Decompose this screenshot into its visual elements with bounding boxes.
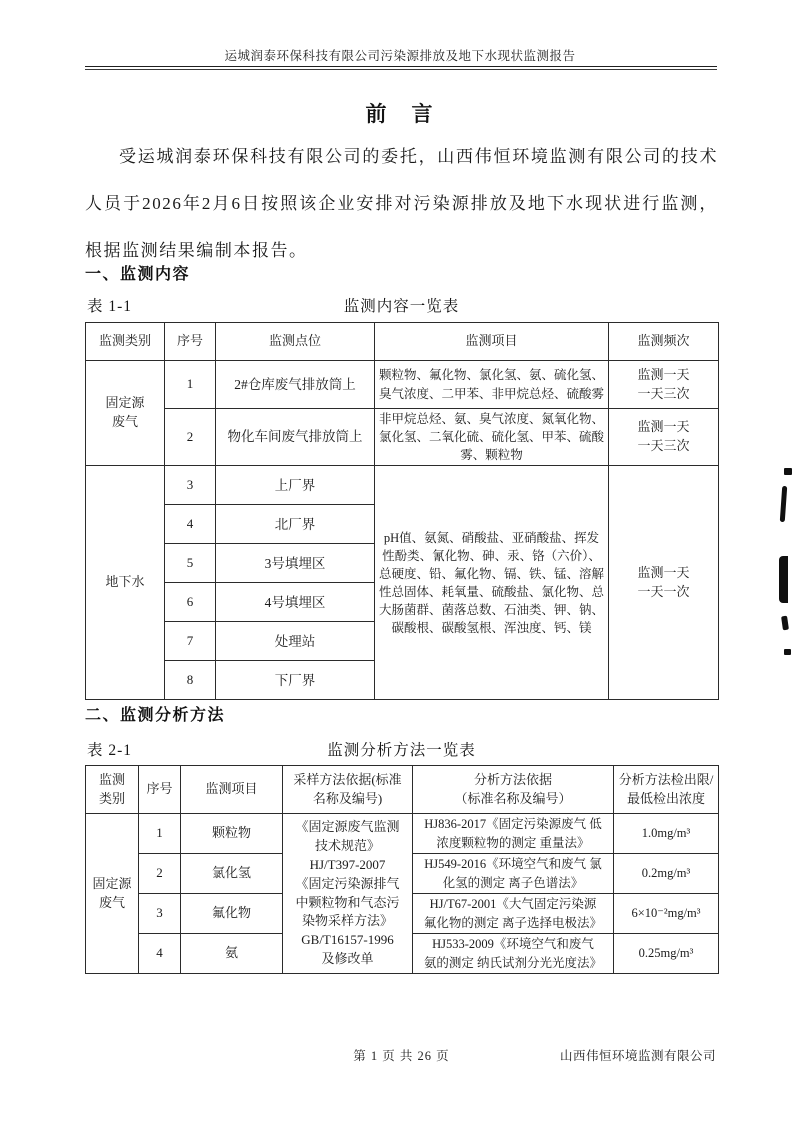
scan-artifact-mark <box>780 486 787 522</box>
table-header-row: 监测类别 序号 监测点位 监测项目 监测频次 <box>86 323 719 361</box>
table2-label: 表 2-1 <box>87 738 132 760</box>
column-header: 序号 <box>165 323 216 361</box>
table-row: 固定源 废气 1 2#仓库废气排放筒上 颗粒物、氟化物、氯化氢、氨、硫化氢、臭气… <box>86 361 719 409</box>
running-header-title: 运城润泰环保科技有限公司污染源排放及地下水现状监测报告 <box>0 46 800 64</box>
column-header: 监测 类别 <box>86 766 139 814</box>
t1-row-point: 物化车间废气排放筒上 <box>216 409 375 466</box>
column-header: 监测项目 <box>181 766 283 814</box>
t1-row-no: 5 <box>165 544 216 583</box>
t2-row-method: HJ/T67-2001《大气固定污染源 氟化物的测定 离子选择电极法》 <box>413 894 614 934</box>
scan-artifact-mark <box>784 649 791 655</box>
t2-category: 固定源 废气 <box>86 814 139 974</box>
t1-row-point: 下厂界 <box>216 661 375 700</box>
column-header: 分析方法依据 （标准名称及编号） <box>413 766 614 814</box>
scan-artifact-mark <box>779 556 788 603</box>
t2-row-method: HJ549-2016《环境空气和废气 氯 化氢的测定 离子色谱法》 <box>413 854 614 894</box>
column-header: 监测类别 <box>86 323 165 361</box>
table1-title: 监测内容一览表 <box>85 294 718 316</box>
table-row: 固定源 废气 1 颗粒物 《固定源废气监测 技术规范》 HJ/T397-2007… <box>86 814 719 854</box>
t1-row-no: 4 <box>165 505 216 544</box>
column-header: 分析方法检出限/最低检出浓度 <box>614 766 719 814</box>
t2-row-no: 2 <box>139 854 181 894</box>
footer-company-name: 山西伟恒环境监测有限公司 <box>560 1046 716 1064</box>
t1-water-category: 地下水 <box>86 466 165 700</box>
preface-line: 受运城润泰环保科技有限公司的委托，山西伟恒环境监测有限公司的技术 <box>85 133 718 180</box>
table1-label: 表 1-1 <box>87 294 132 316</box>
column-header: 监测频次 <box>609 323 719 361</box>
t1-row-no: 7 <box>165 622 216 661</box>
t1-row-items: 非甲烷总烃、氨、臭气浓度、氮氧化物、氯化氢、二氧化硫、硫化氢、甲苯、硫酸雾、颗粒… <box>375 409 609 466</box>
t1-row-point: 4号填埋区 <box>216 583 375 622</box>
t2-row-item: 氯化氢 <box>181 854 283 894</box>
t2-row-no: 1 <box>139 814 181 854</box>
table2-caption: 表 2-1 监测分析方法一览表 <box>85 738 718 760</box>
t2-row-item: 氟化物 <box>181 894 283 934</box>
t1-row-frequency: 监测一天 一天三次 <box>609 409 719 466</box>
t2-row-limit: 0.2mg/m³ <box>614 854 719 894</box>
table1-caption: 表 1-1 监测内容一览表 <box>85 294 718 316</box>
t2-row-no: 4 <box>139 934 181 974</box>
t2-row-limit: 1.0mg/m³ <box>614 814 719 854</box>
page-number: 第 1 页 共 26 页 <box>353 1046 449 1064</box>
t1-water-items: pH值、氨氮、硝酸盐、亚硝酸盐、挥发性酚类、氰化物、砷、汞、铬（六价）、总硬度、… <box>375 466 609 700</box>
t2-row-item: 氨 <box>181 934 283 974</box>
t2-row-item: 颗粒物 <box>181 814 283 854</box>
section1-heading: 一、监测内容 <box>85 261 190 284</box>
t1-row-items: 颗粒物、氟化物、氯化氢、氨、硫化氢、臭气浓度、二甲苯、非甲烷总烃、硫酸雾 <box>375 361 609 409</box>
t1-row-no: 8 <box>165 661 216 700</box>
preface-title: 前 言 <box>0 98 800 128</box>
t1-row-point: 上厂界 <box>216 466 375 505</box>
scan-artifact-mark <box>781 616 789 631</box>
t2-row-method: HJ533-2009《环境空气和废气 氨的测定 纳氏试剂分光光度法》 <box>413 934 614 974</box>
t1-row-point: 2#仓库废气排放筒上 <box>216 361 375 409</box>
page-footer: 第 1 页 共 26 页 山西伟恒环境监测有限公司 <box>85 1046 718 1064</box>
column-header: 监测项目 <box>375 323 609 361</box>
t2-sampling-method: 《固定源废气监测 技术规范》 HJ/T397-2007 《固定污染源排气 中颗粒… <box>283 814 413 974</box>
t2-row-limit: 6×10⁻²mg/m³ <box>614 894 719 934</box>
monitoring-content-table: 监测类别 序号 监测点位 监测项目 监测频次 固定源 废气 1 2#仓库废气排放… <box>85 322 719 700</box>
analysis-method-table: 监测 类别 序号 监测项目 采样方法依据(标准 名称及编号) 分析方法依据 （标… <box>85 765 719 974</box>
t1-row-no: 1 <box>165 361 216 409</box>
preface-line: 人员于2026年2月6日按照该企业安排对污染源排放及地下水现状进行监测， <box>85 180 718 227</box>
t1-gas-category: 固定源 废气 <box>86 361 165 466</box>
t2-row-limit: 0.25mg/m³ <box>614 934 719 974</box>
table2-title: 监测分析方法一览表 <box>85 738 718 760</box>
preface-paragraph: 受运城润泰环保科技有限公司的委托，山西伟恒环境监测有限公司的技术 人员于2026… <box>85 133 718 274</box>
t1-row-no: 3 <box>165 466 216 505</box>
t1-row-no: 6 <box>165 583 216 622</box>
t2-row-method: HJ836-2017《固定污染源废气 低 浓度颗粒物的测定 重量法》 <box>413 814 614 854</box>
t1-row-point: 处理站 <box>216 622 375 661</box>
column-header: 监测点位 <box>216 323 375 361</box>
t2-row-no: 3 <box>139 894 181 934</box>
t1-water-frequency: 监测一天 一天一次 <box>609 466 719 700</box>
table-header-row: 监测 类别 序号 监测项目 采样方法依据(标准 名称及编号) 分析方法依据 （标… <box>86 766 719 814</box>
column-header: 采样方法依据(标准 名称及编号) <box>283 766 413 814</box>
t1-row-no: 2 <box>165 409 216 466</box>
scan-artifact-mark <box>784 468 792 475</box>
report-page: 运城润泰环保科技有限公司污染源排放及地下水现状监测报告 前 言 受运城润泰环保科… <box>0 0 800 1134</box>
column-header: 序号 <box>139 766 181 814</box>
section2-heading: 二、监测分析方法 <box>85 702 225 725</box>
t1-row-point: 3号填埋区 <box>216 544 375 583</box>
t1-row-point: 北厂界 <box>216 505 375 544</box>
table-row: 2 物化车间废气排放筒上 非甲烷总烃、氨、臭气浓度、氮氧化物、氯化氢、二氧化硫、… <box>86 409 719 466</box>
header-rule <box>85 66 717 70</box>
t1-row-frequency: 监测一天 一天三次 <box>609 361 719 409</box>
table-row: 地下水 3 上厂界 pH值、氨氮、硝酸盐、亚硝酸盐、挥发性酚类、氰化物、砷、汞、… <box>86 466 719 505</box>
